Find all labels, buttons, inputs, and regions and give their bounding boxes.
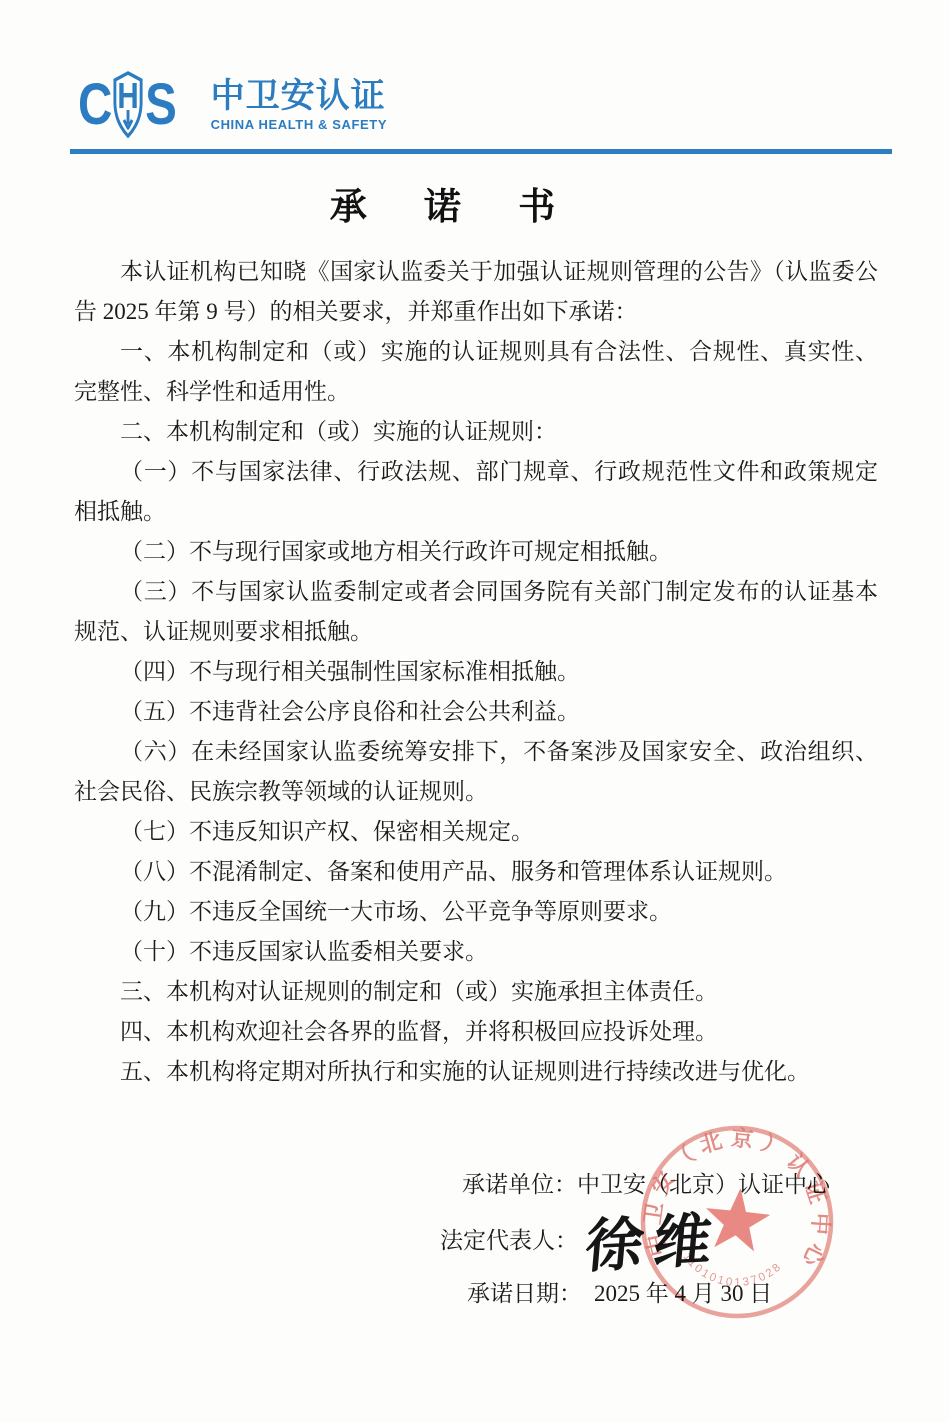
body-paragraph: （九）不违反全国统一大市场、公平竞争等原则要求。 [74, 892, 878, 932]
body-paragraph: 五、本机构将定期对所执行和实施的认证规则进行持续改进与优化。 [74, 1052, 878, 1092]
body-paragraph: 一、本机构制定和（或）实施的认证规则具有合法性、合规性、真实性、完整性、科学性和… [74, 332, 878, 412]
body-paragraph: 四、本机构欢迎社会各界的监督，并将积极回应投诉处理。 [74, 1012, 878, 1052]
shield-icon: H [112, 70, 145, 140]
rep-label: 法定代表人： [440, 1228, 578, 1253]
date-value: 2025 年 4 月 30 日 [594, 1281, 772, 1306]
chs-logo: C H S 中卫安认证 CHINA HEALTH & SAFETY [78, 70, 387, 140]
body-paragraph: （八）不混淆制定、备案和使用产品、服务和管理体系认证规则。 [74, 852, 878, 892]
body-paragraph: 二、本机构制定和（或）实施的认证规则： [74, 412, 878, 452]
body-paragraph: （七）不违反知识产权、保密相关规定。 [74, 812, 878, 852]
brand-text: 中卫安认证 CHINA HEALTH & SAFETY [211, 78, 388, 132]
chs-logo-acronym: C H S [78, 70, 175, 140]
document-title: 承 诺 书 [0, 176, 929, 230]
committing-unit-row: 承诺单位：中卫安（北京）认证中心 [462, 1166, 830, 1199]
logo-letter-c: C [78, 76, 111, 134]
handwritten-signature: 徐维 [582, 1192, 725, 1284]
logo-letter-s: S [145, 76, 175, 134]
body-paragraph: （六）在未经国家认监委统筹安排下，不备案涉及国家安全、政治组织、社会民俗、民族宗… [74, 732, 878, 812]
document-body: 本认证机构已知晓《国家认监委关于加强认证规则管理的公告》（认监委公告 2025 … [74, 252, 878, 1092]
body-paragraph: 三、本机构对认证规则的制定和（或）实施承担主体责任。 [74, 972, 878, 1012]
brand-name-en: CHINA HEALTH & SAFETY [211, 117, 388, 132]
body-paragraph: （十）不违反国家认监委相关要求。 [74, 932, 878, 972]
header-divider [70, 149, 892, 154]
svg-text:H: H [117, 75, 138, 115]
unit-label: 承诺单位： [462, 1172, 577, 1197]
body-paragraph: （三）不与国家认监委制定或者会同国务院有关部门制定发布的认证基本规范、认证规则要… [74, 572, 878, 652]
brand-name-cn: 中卫安认证 [211, 78, 388, 115]
body-paragraph: （四）不与现行相关强制性国家标准相抵触。 [74, 652, 878, 692]
document-page: C H S 中卫安认证 CHINA HEALTH & SAFETY 承 诺 书 … [0, 0, 949, 1422]
body-paragraph: （五）不违背社会公序良俗和社会公共利益。 [74, 692, 878, 732]
body-paragraph: （一）不与国家法律、行政法规、部门规章、行政规范性文件和政策规定相抵触。 [74, 452, 878, 532]
date-label: 承诺日期： [467, 1281, 582, 1306]
body-paragraph: 本认证机构已知晓《国家认监委关于加强认证规则管理的公告》（认监委公告 2025 … [74, 252, 878, 332]
body-paragraph: （二）不与现行国家或地方相关行政许可规定相抵触。 [74, 532, 878, 572]
legal-representative-row: 法定代表人： [440, 1222, 578, 1255]
